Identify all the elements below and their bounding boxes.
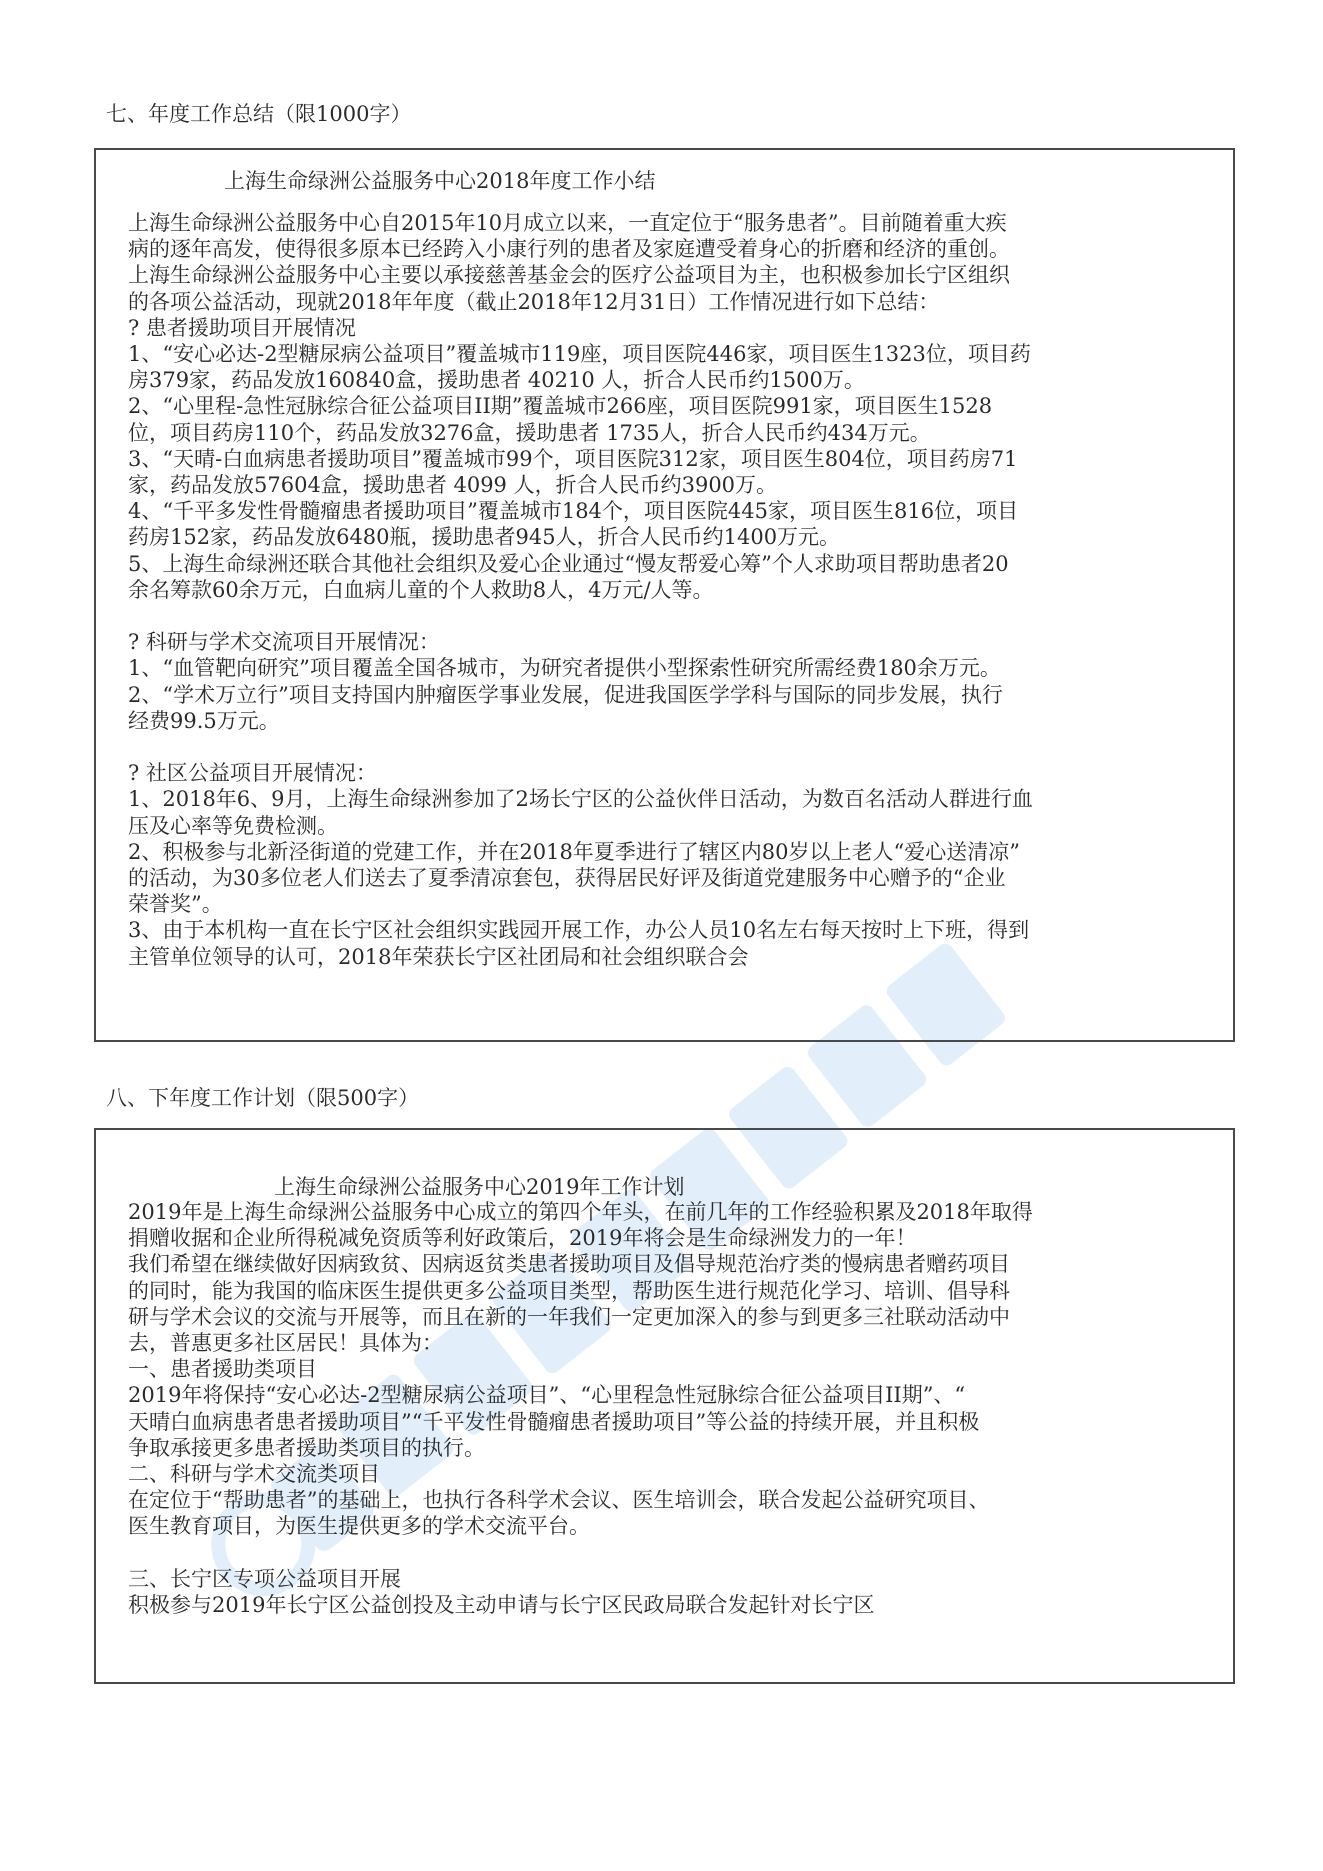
research-line: 经费99.5万元。 [128, 708, 1205, 734]
plan-intro-line: 研与学术会议的交流与开展等，而且在新的一年我们一定更加深入的参与到更多三社联动活… [128, 1304, 1205, 1330]
community-line: 荣誉奖”。 [128, 891, 1205, 917]
patient-aid-line: 余名筹款60余万元，白血病儿童的个人救助8人，4万元/人等。 [128, 577, 1205, 603]
annual-summary-box: 上海生命绿洲公益服务中心2018年度工作小结 上海生命绿洲公益服务中心自2015… [94, 148, 1235, 1042]
annual-summary-content: 上海生命绿洲公益服务中心2018年度工作小结 上海生命绿洲公益服务中心自2015… [128, 168, 1205, 970]
plan-patient-aid-heading: 一、患者援助类项目 [128, 1356, 1205, 1382]
plan-intro-line: 的同时，能为我国的临床医生提供更多公益项目类型，帮助医生进行规范化学习、培训、倡… [128, 1278, 1205, 1304]
patient-aid-line: 药房152家，药品发放6480瓶，援助患者945人，折合人民币约1400万元。 [128, 524, 1205, 550]
patient-aid-line: 3、“天晴-白血病患者援助项目”覆盖城市99个，项目医院312家，项目医生804… [128, 446, 1205, 472]
patient-aid-heading: ? 患者援助项目开展情况 [128, 315, 1205, 341]
research-line: 2、“学术万立行”项目支持国内肿瘤医学事业发展，促进我国医学学科与国际的同步发展… [128, 682, 1205, 708]
plan-intro-line: 我们希望在继续做好因病致贫、因病返贫类患者援助项目及倡导规范治疗类的慢病患者赠药… [128, 1251, 1205, 1277]
plan-intro-line: 2019年是上海生命绿洲公益服务中心成立的第四个年头，在前几年的工作经验积累及2… [128, 1199, 1205, 1225]
patient-aid-line: 2、“心里程-急性冠脉综合征公益项目II期”覆盖城市266座，项目医院991家，… [128, 393, 1205, 419]
community-line: 主管单位领导的认可，2018年荣获长宁区社团局和社会组织联合会 [128, 944, 1205, 970]
patient-aid-line: 5、上海生命绿洲还联合其他社会组织及爱心企业通过“慢友帮爱心筹”个人求助项目帮助… [128, 551, 1205, 577]
community-line: 2、积极参与北新泾街道的党建工作，并在2018年夏季进行了辖区内80岁以上老人“… [128, 839, 1205, 865]
intro-line: 病的逐年高发，使得很多原本已经跨入小康行列的患者及家庭遭受着身心的折磨和经济的重… [128, 236, 1205, 262]
plan-patient-aid-line: 争取承接更多患者援助类项目的执行。 [128, 1435, 1205, 1461]
community-line: 1、2018年6、9月，上海生命绿洲参加了2场长宁区的公益伙伴日活动，为数百名活… [128, 786, 1205, 812]
section-8-heading: 八、下年度工作计划（限500字） [106, 1085, 419, 1111]
plan-patient-aid-line: 天晴白血病患者患者援助项目”“千平发性骨髓瘤患者援助项目”等公益的持续开展，并且… [128, 1409, 1205, 1435]
next-year-plan-content: 上海生命绿洲公益服务中心2019年工作计划 2019年是上海生命绿洲公益服务中心… [128, 1175, 1205, 1618]
intro-line: 上海生命绿洲公益服务中心自2015年10月成立以来，一直定位于“服务患者”。目前… [128, 210, 1205, 236]
community-line: 的活动，为30多位老人们送去了夏季清凉套包，获得居民好评及街道党建服务中心赠予的… [128, 865, 1205, 891]
annual-summary-title: 上海生命绿洲公益服务中心2018年度工作小结 [128, 168, 1205, 194]
community-line: 压及心率等免费检测。 [128, 813, 1205, 839]
research-line: 1、“血管靶向研究”项目覆盖全国各城市，为研究者提供小型探索性研究所需经费180… [128, 655, 1205, 681]
patient-aid-line: 房379家，药品发放160840盒，援助患者 40210 人，折合人民币约150… [128, 367, 1205, 393]
next-year-plan-box: 上海生命绿洲公益服务中心2019年工作计划 2019年是上海生命绿洲公益服务中心… [94, 1128, 1235, 1684]
plan-research-line: 医生教育项目，为医生提供更多的学术交流平台。 [128, 1513, 1205, 1539]
research-heading: ? 科研与学术交流项目开展情况： [128, 629, 1205, 655]
plan-research-line: 在定位于“帮助患者”的基础上，也执行各科学术会议、医生培训会，联合发起公益研究项… [128, 1487, 1205, 1513]
intro-line: 上海生命绿洲公益服务中心主要以承接慈善基金会的医疗公益项目为主，也积极参加长宁区… [128, 262, 1205, 288]
plan-changning-heading: 三、长宁区专项公益项目开展 [128, 1566, 1205, 1592]
plan-research-heading: 二、科研与学术交流类项目 [128, 1461, 1205, 1487]
plan-patient-aid-line: 2019年将保持“安心必达-2型糖尿病公益项目”、“心里程急性冠脉综合征公益项目… [128, 1382, 1205, 1408]
patient-aid-line: 1、“安心必达-2型糖尿病公益项目”覆盖城市119座，项目医院446家，项目医生… [128, 341, 1205, 367]
community-line: 3、由于本机构一直在长宁区社会组织实践园开展工作，办公人员10名左右每天按时上下… [128, 917, 1205, 943]
patient-aid-line: 家，药品发放57604盒，援助患者 4099 人，折合人民币约3900万。 [128, 472, 1205, 498]
plan-intro-line: 去，普惠更多社区居民！具体为： [128, 1330, 1205, 1356]
plan-intro-line: 捐赠收据和企业所得税减免资质等利好政策后，2019年将会是生命绿洲发力的一年！ [128, 1225, 1205, 1251]
patient-aid-line: 位，项目药房110个，药品发放3276盒，援助患者 1735人，折合人民币约43… [128, 420, 1205, 446]
patient-aid-line: 4、“千平多发性骨髓瘤患者援助项目”覆盖城市184个，项目医院445家，项目医生… [128, 498, 1205, 524]
section-7-heading: 七、年度工作总结（限1000字） [106, 101, 411, 127]
plan-changning-line: 积极参与2019年长宁区公益创投及主动申请与长宁区民政局联合发起针对长宁区 [128, 1592, 1205, 1618]
next-year-plan-title: 上海生命绿洲公益服务中心2019年工作计划 [128, 1175, 1205, 1199]
community-heading: ? 社区公益项目开展情况： [128, 760, 1205, 786]
intro-line: 的各项公益活动，现就2018年年度（截止2018年12月31日）工作情况进行如下… [128, 289, 1205, 315]
